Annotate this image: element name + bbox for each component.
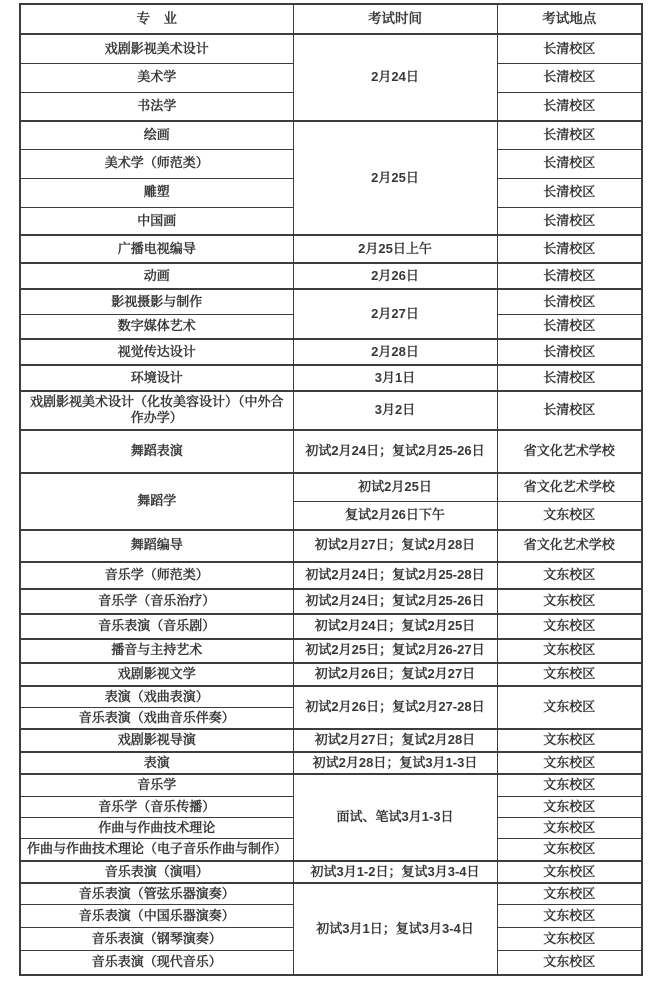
location-cell: 文东校区	[497, 796, 642, 817]
location-cell: 文东校区	[497, 817, 642, 838]
location-cell: 长清校区	[497, 263, 642, 289]
time-cell: 3月1日	[293, 365, 497, 391]
location-cell: 省文化艺术学校	[497, 430, 642, 473]
major-cell: 戏剧影视文学	[20, 663, 293, 686]
exam-schedule-body: 戏剧影视美术设计2月24日长清校区美术学长清校区书法学长清校区绘画2月25日长清…	[20, 34, 642, 975]
table-row: 戏剧影视美术设计（化妆美容设计）（中外合作办学）3月2日长清校区	[20, 391, 642, 430]
major-cell: 音乐学（音乐传播）	[20, 796, 293, 817]
location-cell: 长清校区	[497, 339, 642, 365]
header-time: 考试时间	[293, 4, 497, 34]
major-cell: 音乐学（师范类）	[20, 562, 293, 589]
major-cell: 音乐学（音乐治疗）	[20, 589, 293, 614]
table-row: 戏剧影视文学初试2月26日；复试2月27日文东校区	[20, 663, 642, 686]
table-row: 舞蹈编导初试2月27日；复试2月28日省文化艺术学校	[20, 530, 642, 562]
location-cell: 长清校区	[497, 63, 642, 92]
major-cell: 影视摄影与制作	[20, 289, 293, 314]
time-cell: 初试2月24日；复试2月25-26日	[293, 589, 497, 614]
major-cell: 动画	[20, 263, 293, 289]
location-cell: 长清校区	[497, 365, 642, 391]
major-cell: 音乐表演（钢琴演奏）	[20, 928, 293, 951]
table-row: 视觉传达设计2月28日长清校区	[20, 339, 642, 365]
header-major: 专 业	[20, 4, 293, 34]
table-row: 表演初试2月28日；复试3月1-3日文东校区	[20, 752, 642, 774]
time-cell: 复试2月26日下午	[293, 502, 497, 530]
major-cell: 音乐表演（演唱）	[20, 861, 293, 883]
major-cell: 音乐表演（音乐剧）	[20, 614, 293, 639]
location-cell: 长清校区	[497, 34, 642, 63]
table-row: 环境设计3月1日长清校区	[20, 365, 642, 391]
time-cell: 初试2月25日	[293, 473, 497, 502]
major-cell: 广播电视编导	[20, 235, 293, 263]
location-cell: 文东校区	[497, 614, 642, 639]
location-cell: 长清校区	[497, 207, 642, 235]
major-cell: 表演	[20, 752, 293, 774]
major-cell: 雕塑	[20, 178, 293, 207]
header-row: 专 业 考试时间 考试地点	[20, 4, 642, 34]
time-cell: 初试3月1-2日；复试3月3-4日	[293, 861, 497, 883]
page: 专 业 考试时间 考试地点 戏剧影视美术设计2月24日长清校区美术学长清校区书法…	[0, 0, 650, 996]
major-cell: 书法学	[20, 92, 293, 121]
major-cell: 戏剧影视美术设计	[20, 34, 293, 63]
table-row: 播音与主持艺术初试2月25日；复试2月26-27日文东校区	[20, 639, 642, 663]
time-cell: 初试2月25日；复试2月26-27日	[293, 639, 497, 663]
location-cell: 文东校区	[497, 905, 642, 928]
location-cell: 长清校区	[497, 391, 642, 430]
time-cell: 3月2日	[293, 391, 497, 430]
time-cell: 2月25日	[293, 121, 497, 235]
table-row: 舞蹈表演初试2月24日；复试2月25-26日省文化艺术学校	[20, 430, 642, 473]
table-row: 表演（戏曲表演）初试2月26日；复试2月27-28日文东校区	[20, 686, 642, 708]
location-cell: 长清校区	[497, 92, 642, 121]
major-cell: 美术学（师范类）	[20, 149, 293, 178]
major-cell: 音乐表演（管弦乐器演奏）	[20, 883, 293, 905]
major-cell: 数字媒体艺术	[20, 314, 293, 339]
table-row: 戏剧影视导演初试2月27日；复试2月28日文东校区	[20, 729, 642, 752]
major-cell: 美术学	[20, 63, 293, 92]
table-row: 动画2月26日长清校区	[20, 263, 642, 289]
major-cell: 戏剧影视导演	[20, 729, 293, 752]
table-row: 音乐学（师范类）初试2月24日；复试2月25-28日文东校区	[20, 562, 642, 589]
major-cell: 视觉传达设计	[20, 339, 293, 365]
time-cell: 面试、笔试3月1-3日	[293, 774, 497, 860]
time-cell: 2月24日	[293, 34, 497, 121]
location-cell: 长清校区	[497, 121, 642, 149]
time-cell: 初试2月24日；复试2月25日	[293, 614, 497, 639]
location-cell: 文东校区	[497, 752, 642, 774]
location-cell: 长清校区	[497, 314, 642, 339]
time-cell: 2月26日	[293, 263, 497, 289]
major-cell: 舞蹈表演	[20, 430, 293, 473]
time-cell: 2月28日	[293, 339, 497, 365]
header-location: 考试地点	[497, 4, 642, 34]
location-cell: 文东校区	[497, 951, 642, 975]
location-cell: 文东校区	[497, 639, 642, 663]
location-cell: 文东校区	[497, 883, 642, 905]
major-cell: 中国画	[20, 207, 293, 235]
time-cell: 初试2月24日；复试2月25-26日	[293, 430, 497, 473]
location-cell: 文东校区	[497, 562, 642, 589]
major-cell: 舞蹈编导	[20, 530, 293, 562]
major-cell: 戏剧影视美术设计（化妆美容设计）（中外合作办学）	[20, 391, 293, 430]
location-cell: 长清校区	[497, 149, 642, 178]
major-cell: 作曲与作曲技术理论（电子音乐作曲与制作）	[20, 839, 293, 861]
table-row: 影视摄影与制作2月27日长清校区	[20, 289, 642, 314]
time-cell: 2月27日	[293, 289, 497, 339]
time-cell: 初试2月27日；复试2月28日	[293, 530, 497, 562]
location-cell: 长清校区	[497, 178, 642, 207]
time-cell: 初试2月27日；复试2月28日	[293, 729, 497, 752]
location-cell: 文东校区	[497, 502, 642, 530]
table-row: 音乐表演（音乐剧）初试2月24日；复试2月25日文东校区	[20, 614, 642, 639]
location-cell: 长清校区	[497, 289, 642, 314]
time-cell: 初试2月26日；复试2月27-28日	[293, 686, 497, 730]
table-row: 广播电视编导2月25日上午长清校区	[20, 235, 642, 263]
major-cell: 作曲与作曲技术理论	[20, 817, 293, 838]
major-cell: 绘画	[20, 121, 293, 149]
table-row: 音乐学（音乐治疗）初试2月24日；复试2月25-26日文东校区	[20, 589, 642, 614]
time-cell: 初试3月1日；复试3月3-4日	[293, 883, 497, 975]
location-cell: 省文化艺术学校	[497, 473, 642, 502]
location-cell: 文东校区	[497, 839, 642, 861]
location-cell: 文东校区	[497, 928, 642, 951]
major-cell: 环境设计	[20, 365, 293, 391]
table-row: 音乐表演（演唱）初试3月1-2日；复试3月3-4日文东校区	[20, 861, 642, 883]
time-cell: 2月25日上午	[293, 235, 497, 263]
location-cell: 文东校区	[497, 663, 642, 686]
location-cell: 文东校区	[497, 686, 642, 730]
table-row: 戏剧影视美术设计2月24日长清校区	[20, 34, 642, 63]
table-row: 音乐表演（管弦乐器演奏）初试3月1日；复试3月3-4日文东校区	[20, 883, 642, 905]
major-cell: 播音与主持艺术	[20, 639, 293, 663]
location-cell: 文东校区	[497, 861, 642, 883]
location-cell: 省文化艺术学校	[497, 530, 642, 562]
time-cell: 初试2月28日；复试3月1-3日	[293, 752, 497, 774]
location-cell: 文东校区	[497, 774, 642, 796]
location-cell: 长清校区	[497, 235, 642, 263]
time-cell: 初试2月24日；复试2月25-28日	[293, 562, 497, 589]
table-row: 舞蹈学初试2月25日省文化艺术学校	[20, 473, 642, 502]
major-cell: 音乐学	[20, 774, 293, 796]
table-row: 绘画2月25日长清校区	[20, 121, 642, 149]
table-row: 音乐学面试、笔试3月1-3日文东校区	[20, 774, 642, 796]
location-cell: 文东校区	[497, 589, 642, 614]
major-cell: 音乐表演（中国乐器演奏）	[20, 905, 293, 928]
location-cell: 文东校区	[497, 729, 642, 752]
major-cell: 音乐表演（现代音乐）	[20, 951, 293, 975]
exam-schedule-table: 专 业 考试时间 考试地点 戏剧影视美术设计2月24日长清校区美术学长清校区书法…	[19, 3, 643, 976]
major-cell: 舞蹈学	[20, 473, 293, 530]
major-cell: 音乐表演（戏曲音乐伴奏）	[20, 707, 293, 729]
time-cell: 初试2月26日；复试2月27日	[293, 663, 497, 686]
major-cell: 表演（戏曲表演）	[20, 686, 293, 708]
